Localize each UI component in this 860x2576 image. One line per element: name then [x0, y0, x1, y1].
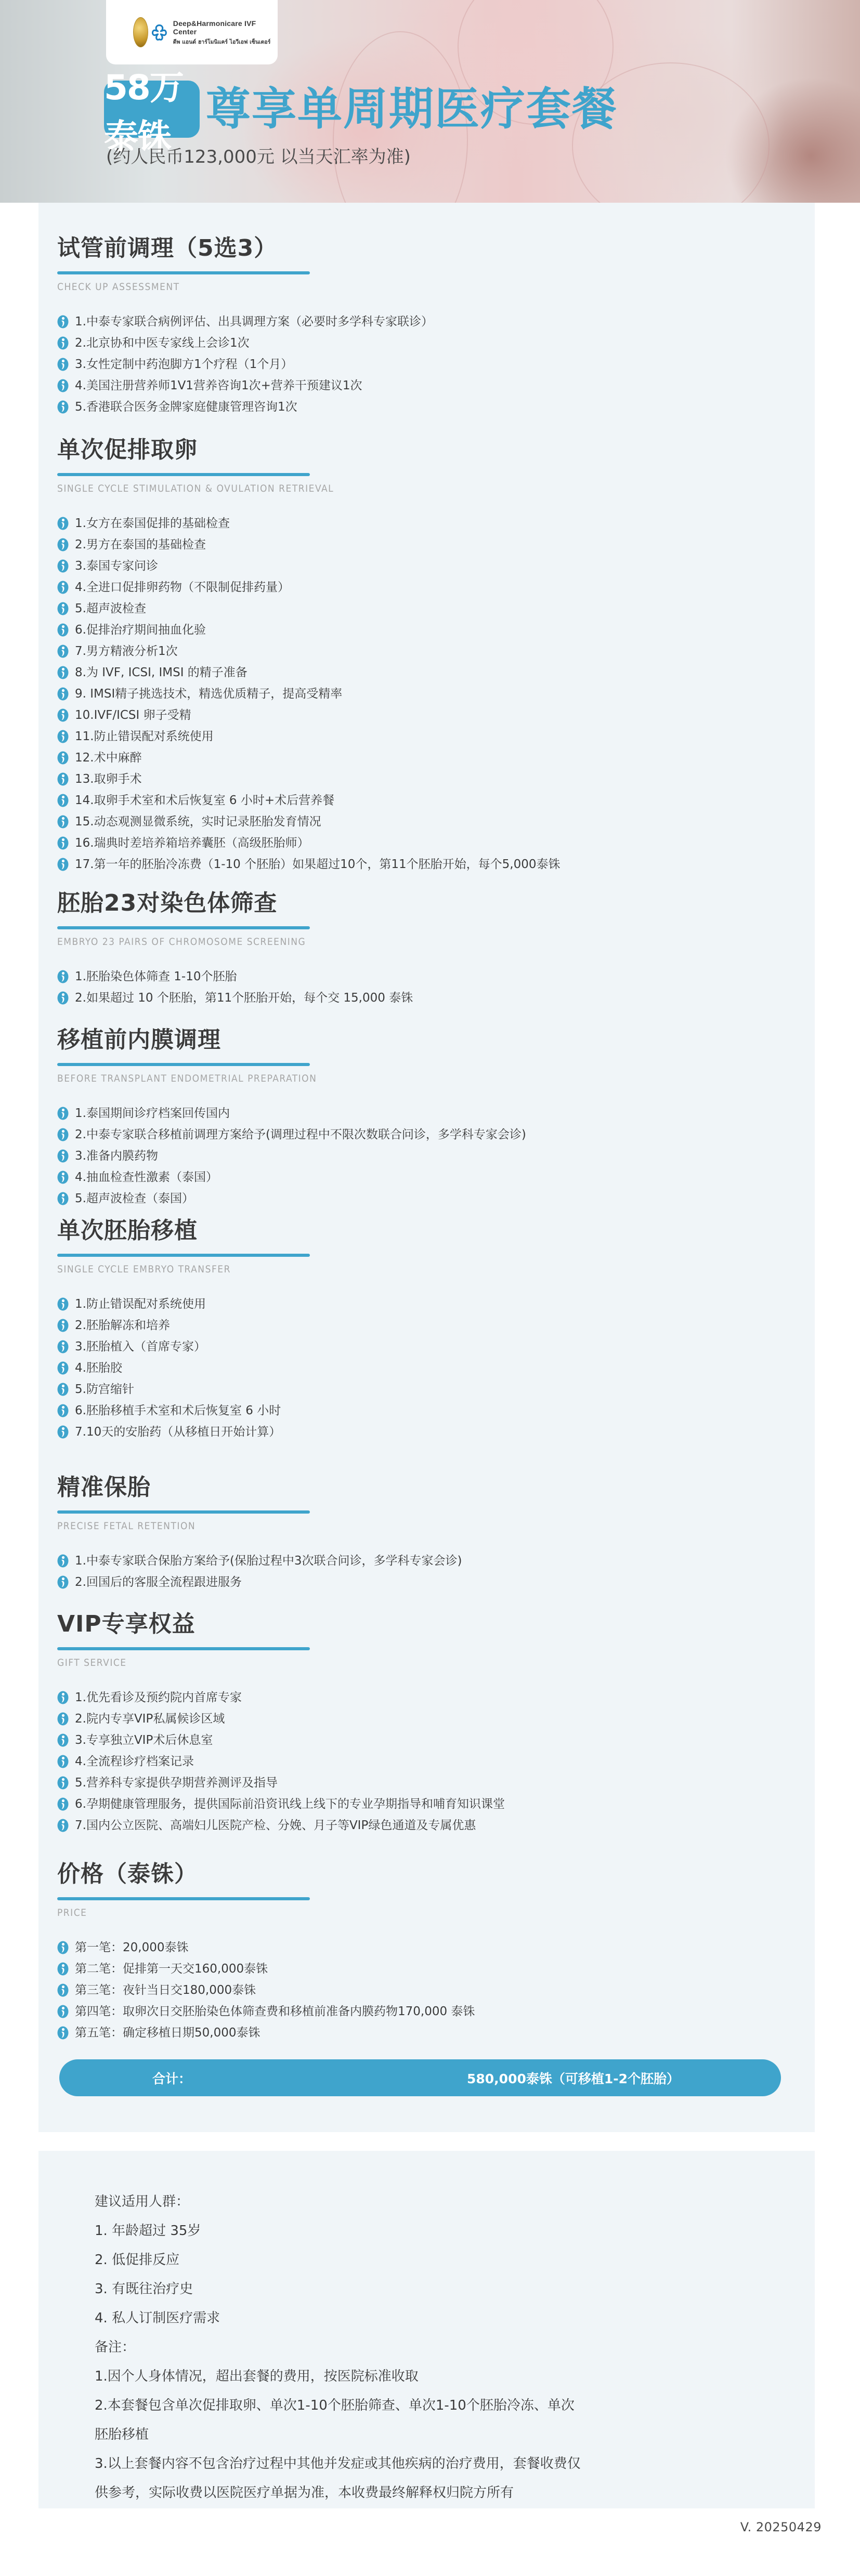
list-item: 1.中泰专家联合保胎方案给予(保胎过程中3次联合问诊，多学科专家会诊) [57, 1550, 754, 1571]
info-bullet-icon [57, 358, 69, 371]
info-bullet-icon [57, 1171, 69, 1184]
version-label: V. 20250429 [740, 2520, 822, 2534]
info-bullet-icon [57, 623, 69, 637]
list-item: 2.回国后的客服全流程跟进服务 [57, 1571, 754, 1593]
section-title: VIP专享权益 [57, 1611, 754, 1638]
info-bullet-icon [57, 1819, 69, 1832]
info-bullet-icon [57, 772, 69, 786]
list-item: 13.取卵手术 [57, 768, 754, 790]
list-item-text: 1.女方在泰国促排的基础检查 [75, 516, 230, 531]
list-item: 2.院内专享VIP私属候诊区域 [57, 1708, 754, 1729]
info-bullet-icon [57, 1192, 69, 1205]
note-line: 胚胎移植 [95, 2420, 581, 2449]
list-item-text: 1.中泰专家联合保胎方案给予(保胎过程中3次联合问诊，多学科专家会诊) [75, 1553, 462, 1569]
section-vip-benefits: VIP专享权益 GIFT SERVICE 1.优先看诊及预约院内首席专家 2.院… [57, 1611, 754, 1836]
info-bullet-icon [57, 1797, 69, 1811]
section-stimulation-retrieval: 单次促排取卵 SINGLE CYCLE STIMULATION & OVULAT… [57, 437, 754, 875]
info-bullet-icon [57, 379, 69, 392]
note-line: 2. 低促排反应 [95, 2245, 581, 2275]
list-item: 第三笔：夜针当日交180,000泰铢 [57, 1979, 754, 2001]
list-item-text: 3.准备内膜药物 [75, 1148, 158, 1164]
list-item: 2.中泰专家联合移植前调理方案给予(调理过程中不限次数联合问诊，多学科专家会诊) [57, 1124, 754, 1145]
list-item-text: 14.取卵手术室和术后恢复室 6 小时+术后营养餐 [75, 793, 334, 808]
list-item: 1.女方在泰国促排的基础检查 [57, 512, 754, 534]
list-item-text: 17.第一年的胚胎冷冻费（1-10 个胚胎）如果超过10个，第11个胚胎开始，每… [75, 857, 560, 872]
info-bullet-icon [57, 1107, 69, 1120]
list-item: 5.超声波检查 [57, 598, 754, 619]
logo-name-english: Deep&Harmonicare IVF Center [173, 19, 278, 36]
list-item-text: 11.防止错误配对系统使用 [75, 729, 214, 744]
section-subtitle: SINGLE CYCLE EMBRYO TRANSFER [57, 1263, 754, 1276]
list-item-text: 4.全流程诊疗档案记录 [75, 1754, 194, 1769]
item-list: 1.女方在泰国促排的基础检查 2.男方在泰国的基础检查 3.泰国专家问诊 4.全… [57, 512, 754, 875]
note-line: 4. 私人订制医疗需求 [95, 2304, 581, 2333]
list-item: 10.IVF/ICSI 卵子受精 [57, 704, 754, 726]
list-item-text: 1.泰国期间诊疗档案回传国内 [75, 1106, 230, 1121]
list-item-text: 9. IMSI精子挑选技术，精选优质精子，提高受精率 [75, 686, 342, 702]
info-bullet-icon [57, 815, 69, 829]
item-list: 1.胚胎染色体筛查 1-10个胚胎 2.如果超过 10 个胚胎，第11个胚胎开始… [57, 966, 754, 1008]
info-bullet-icon [57, 751, 69, 765]
info-bullet-icon [57, 794, 69, 807]
section-subtitle: SINGLE CYCLE STIMULATION & OVULATION RET… [57, 482, 754, 495]
list-item: 第五笔：确定移植日期50,000泰铢 [57, 2022, 754, 2043]
list-item-text: 2.北京协和中医专家线上会诊1次 [75, 335, 250, 351]
section-subtitle: EMBRYO 23 PAIRS OF CHROMOSOME SCREENING [57, 936, 754, 948]
list-item-text: 1.中泰专家联合病例评估、出具调理方案（必要时多学科专家联诊） [75, 314, 433, 330]
list-item: 第一笔：20,000泰铢 [57, 1937, 754, 1958]
list-item-text: 1.优先看诊及预约院内首席专家 [75, 1690, 242, 1705]
info-bullet-icon [57, 400, 69, 414]
info-bullet-icon [57, 602, 69, 615]
list-item-text: 第三笔：夜针当日交180,000泰铢 [75, 1982, 256, 1998]
list-item: 1.胚胎染色体筛查 1-10个胚胎 [57, 966, 754, 987]
info-bullet-icon [57, 645, 69, 658]
note-line: 建议适用人群： [95, 2187, 581, 2216]
list-item: 3.准备内膜药物 [57, 1145, 754, 1166]
info-bullet-icon [57, 666, 69, 679]
section-title: 单次胚胎移植 [57, 1217, 754, 1244]
list-item: 7.国内公立医院、高端妇儿医院产检、分娩、月子等VIP绿色通道及专属优惠 [57, 1815, 754, 1836]
list-item: 11.防止错误配对系统使用 [57, 726, 754, 747]
list-item-text: 5.防宫缩针 [75, 1382, 134, 1397]
note-line: 3.以上套餐内容不包含治疗过程中其他并发症或其他疾病的治疗费用，套餐收费仅 [95, 2449, 581, 2478]
list-item: 9. IMSI精子挑选技术，精选优质精子，提高受精率 [57, 683, 754, 704]
list-item-text: 5.超声波检查 [75, 601, 146, 616]
list-item: 5.超声波检查（泰国） [57, 1188, 754, 1209]
section-divider [57, 271, 310, 274]
section-subtitle: BEFORE TRANSPLANT ENDOMETRIAL PREPARATIO… [57, 1072, 754, 1085]
info-bullet-icon [57, 1941, 69, 1954]
section-subtitle: CHECK UP ASSESSMENT [57, 281, 754, 293]
list-item-text: 4.全进口促排卵药物（不限制促排药量） [75, 580, 290, 595]
info-bullet-icon [57, 2005, 69, 2018]
list-item: 3.胚胎植入（首席专家） [57, 1336, 754, 1357]
list-item: 4.全进口促排卵药物（不限制促排药量） [57, 576, 754, 598]
section-price: 价格（泰铢） PRICE 第一笔：20,000泰铢 第二笔：促排第一天交160,… [57, 1861, 754, 2043]
info-bullet-icon [57, 1575, 69, 1589]
section-title: 精准保胎 [57, 1474, 754, 1501]
list-item-text: 3.泰国专家问诊 [75, 558, 158, 574]
section-subtitle: PRICE [57, 1907, 754, 1919]
notes-list: 建议适用人群：1. 年龄超过 35岁2. 低促排反应3. 有既往治疗史4. 私人… [95, 2187, 581, 2507]
list-item: 1.中泰专家联合病例评估、出具调理方案（必要时多学科专家联诊） [57, 311, 754, 332]
list-item-text: 16.瑞典时差培养箱培养囊胚（高级胚胎师） [75, 835, 309, 851]
info-bullet-icon [57, 858, 69, 871]
info-bullet-icon [57, 1733, 69, 1747]
item-list: 1.中泰专家联合保胎方案给予(保胎过程中3次联合问诊，多学科专家会诊) 2.回国… [57, 1550, 754, 1593]
list-item: 4.胚胎胶 [57, 1357, 754, 1378]
section-chromosome-screening: 胚胎23对染色体筛查 EMBRYO 23 PAIRS OF CHROMOSOME… [57, 890, 754, 1008]
section-title: 移植前内膜调理 [57, 1027, 754, 1054]
note-line: 1. 年龄超过 35岁 [95, 2216, 581, 2245]
note-line: 备注： [95, 2333, 581, 2362]
note-line: 供参考，实际收费以医院医疗单据为准，本收费最终解释权归院方所有 [95, 2478, 581, 2507]
price-badge: 58万泰铢 [104, 81, 200, 138]
list-item-text: 2.中泰专家联合移植前调理方案给予(调理过程中不限次数联合问诊，多学科专家会诊) [75, 1127, 526, 1142]
list-item: 8.为 IVF, ICSI, IMSI 的精子准备 [57, 662, 754, 683]
info-bullet-icon [57, 1962, 69, 1976]
section-divider [57, 1510, 310, 1514]
section-title: 试管前调理（5选3） [57, 235, 754, 262]
info-bullet-icon [57, 1149, 69, 1163]
list-item: 4.美国注册营养师1V1营养咨询1次+营养干预建议1次 [57, 375, 754, 396]
info-bullet-icon [57, 315, 69, 328]
page-title: 尊享单周期医疗套餐 [206, 83, 618, 135]
info-bullet-icon [57, 1776, 69, 1790]
list-item-text: 4.胚胎胶 [75, 1360, 122, 1376]
info-bullet-icon [57, 2026, 69, 2040]
info-bullet-icon [57, 1425, 69, 1439]
section-subtitle: PRECISE FETAL RETENTION [57, 1520, 754, 1532]
info-bullet-icon [57, 991, 69, 1005]
list-item: 2.如果超过 10 个胚胎，第11个胚胎开始，每个交 15,000 泰铢 [57, 987, 754, 1008]
list-item-text: 2.院内专享VIP私属候诊区域 [75, 1711, 225, 1727]
logo-name-thai: ดีพ แอนด์ ฮาร์โมนิแคร์ ไอวีเอฟ เซ็นเตอร์ [173, 39, 278, 45]
list-item-text: 5.香港联合医务金牌家庭健康管理咨询1次 [75, 399, 297, 415]
list-item-text: 2.男方在泰国的基础检查 [75, 537, 206, 553]
list-item-text: 6.孕期健康管理服务，提供国际前沿资讯线上线下的专业孕期指导和哺育知识课堂 [75, 1796, 505, 1812]
info-bullet-icon [57, 1361, 69, 1375]
info-bullet-icon [57, 1340, 69, 1353]
info-bullet-icon [57, 1404, 69, 1417]
section-embryo-transfer: 单次胚胎移植 SINGLE CYCLE EMBRYO TRANSFER 1.防止… [57, 1217, 754, 1442]
section-checkup-assessment: 试管前调理（5选3） CHECK UP ASSESSMENT 1.中泰专家联合病… [57, 235, 754, 417]
section-divider [57, 926, 310, 929]
section-divider [57, 1647, 310, 1650]
list-item: 6.促排治疗期间抽血化验 [57, 619, 754, 640]
list-item: 12.术中麻醉 [57, 747, 754, 768]
list-item-text: 12.术中麻醉 [75, 750, 142, 766]
list-item-text: 3.专享独立VIP术后休息室 [75, 1732, 213, 1748]
list-item-text: 4.抽血检查性激素（泰国） [75, 1169, 218, 1185]
item-list: 1.中泰专家联合病例评估、出具调理方案（必要时多学科专家联诊） 2.北京协和中医… [57, 311, 754, 417]
section-endometrial-preparation: 移植前内膜调理 BEFORE TRANSPLANT ENDOMETRIAL PR… [57, 1027, 754, 1209]
list-item-text: 3.女性定制中药泡脚方1个疗程（1个月） [75, 357, 293, 372]
info-bullet-icon [57, 687, 69, 701]
item-list: 第一笔：20,000泰铢 第二笔：促排第一天交160,000泰铢 第三笔：夜针当… [57, 1937, 754, 2043]
list-item: 2.胚胎解冻和培养 [57, 1315, 754, 1336]
list-item-text: 7.10天的安胎药（从移植日开始计算） [75, 1424, 281, 1440]
list-item-text: 5.营养科专家提供孕期营养测评及指导 [75, 1775, 278, 1791]
info-bullet-icon [57, 1554, 69, 1568]
info-bullet-icon [57, 1383, 69, 1396]
list-item: 3.专享独立VIP术后休息室 [57, 1729, 754, 1751]
note-line: 1.因个人身体情况，超出套餐的费用，按医院标准收取 [95, 2362, 581, 2391]
list-item-text: 第二笔：促排第一天交160,000泰铢 [75, 1961, 268, 1977]
list-item-text: 3.胚胎植入（首席专家） [75, 1339, 206, 1355]
info-bullet-icon [57, 336, 69, 350]
note-line: 3. 有既往治疗史 [95, 2275, 581, 2304]
info-bullet-icon [57, 836, 69, 850]
section-divider [57, 473, 310, 476]
list-item-text: 10.IVF/ICSI 卵子受精 [75, 707, 191, 723]
item-list: 1.泰国期间诊疗档案回传国内 2.中泰专家联合移植前调理方案给予(调理过程中不限… [57, 1102, 754, 1209]
list-item: 3.女性定制中药泡脚方1个疗程（1个月） [57, 353, 754, 375]
list-item: 7.10天的安胎药（从移植日开始计算） [57, 1421, 754, 1442]
info-bullet-icon [57, 1319, 69, 1332]
info-bullet-icon [57, 1983, 69, 1997]
logo: Deep&Harmonicare IVF Center ดีพ แอนด์ ฮา… [106, 0, 278, 64]
item-list: 1.防止错误配对系统使用 2.胚胎解冻和培养 3.胚胎植入（首席专家） 4.胚胎… [57, 1293, 754, 1442]
list-item: 4.全流程诊疗档案记录 [57, 1751, 754, 1772]
info-bullet-icon [57, 538, 69, 551]
section-title: 胚胎23对染色体筛查 [57, 890, 754, 917]
section-title: 价格（泰铢） [57, 1861, 754, 1888]
list-item-text: 7.男方精液分析1次 [75, 643, 178, 659]
info-bullet-icon [57, 708, 69, 722]
list-item-text: 2.胚胎解冻和培养 [75, 1318, 170, 1333]
list-item: 2.男方在泰国的基础检查 [57, 534, 754, 555]
list-item: 1.防止错误配对系统使用 [57, 1293, 754, 1315]
list-item: 1.泰国期间诊疗档案回传国内 [57, 1102, 754, 1124]
section-divider [57, 1254, 310, 1257]
list-item: 15.动态观测显微系统，实时记录胚胎发育情况 [57, 811, 754, 832]
list-item: 7.男方精液分析1次 [57, 640, 754, 662]
info-bullet-icon [57, 559, 69, 573]
list-item-text: 4.美国注册营养师1V1营养咨询1次+营养干预建议1次 [75, 378, 362, 393]
list-item: 16.瑞典时差培养箱培养囊胚（高级胚胎师） [57, 832, 754, 853]
info-bullet-icon [57, 730, 69, 743]
list-item: 5.营养科专家提供孕期营养测评及指导 [57, 1772, 754, 1793]
list-item-text: 第五笔：确定移植日期50,000泰铢 [75, 2025, 260, 2041]
list-item: 1.优先看诊及预约院内首席专家 [57, 1687, 754, 1708]
total-label: 合计： [152, 2069, 191, 2087]
list-item: 14.取卵手术室和术后恢复室 6 小时+术后营养餐 [57, 790, 754, 811]
note-line: 2.本套餐包含单次促排取卵、单次1-10个胚胎筛查、单次1-10个胚胎冷冻、单次 [95, 2391, 581, 2420]
list-item: 3.泰国专家问诊 [57, 555, 754, 576]
total-price-bar: 合计： 580,000泰铢（可移植1-2个胚胎） [59, 2059, 781, 2096]
info-bullet-icon [57, 1297, 69, 1311]
list-item-text: 6.胚胎移植手术室和术后恢复室 6 小时 [75, 1403, 281, 1418]
list-item-text: 6.促排治疗期间抽血化验 [75, 622, 206, 638]
info-bullet-icon [57, 581, 69, 594]
section-divider [57, 1897, 310, 1900]
info-bullet-icon [57, 1691, 69, 1704]
info-bullet-icon [57, 517, 69, 530]
list-item-text: 1.防止错误配对系统使用 [75, 1296, 206, 1312]
list-item-text: 13.取卵手术 [75, 771, 142, 787]
list-item: 4.抽血检查性激素（泰国） [57, 1166, 754, 1188]
hero-banner: Deep&Harmonicare IVF Center ดีพ แอนด์ ฮา… [0, 0, 860, 203]
list-item: 5.防宫缩针 [57, 1378, 754, 1400]
list-item: 6.孕期健康管理服务，提供国际前沿资讯线上线下的专业孕期指导和哺育知识课堂 [57, 1793, 754, 1815]
info-bullet-icon [57, 1712, 69, 1726]
list-item-text: 7.国内公立医院、高端妇儿医院产检、分娩、月子等VIP绿色通道及专属优惠 [75, 1818, 476, 1833]
list-item: 5.香港联合医务金牌家庭健康管理咨询1次 [57, 396, 754, 417]
list-item: 17.第一年的胚胎冷冻费（1-10 个胚胎）如果超过10个，第11个胚胎开始，每… [57, 853, 754, 875]
list-item-text: 2.回国后的客服全流程跟进服务 [75, 1574, 242, 1590]
section-fetal-retention: 精准保胎 PRECISE FETAL RETENTION 1.中泰专家联合保胎方… [57, 1474, 754, 1593]
list-item-text: 第一笔：20,000泰铢 [75, 1940, 188, 1955]
section-title: 单次促排取卵 [57, 437, 754, 464]
item-list: 1.优先看诊及预约院内首席专家 2.院内专享VIP私属候诊区域 3.专享独立VI… [57, 1687, 754, 1836]
list-item-text: 2.如果超过 10 个胚胎，第11个胚胎开始，每个交 15,000 泰铢 [75, 990, 413, 1006]
accreditation-seal-icon [133, 17, 148, 47]
list-item-text: 8.为 IVF, ICSI, IMSI 的精子准备 [75, 665, 247, 680]
total-value: 580,000泰铢（可移植1-2个胚胎） [467, 2069, 680, 2087]
section-divider [57, 1063, 310, 1066]
info-bullet-icon [57, 1755, 69, 1768]
list-item-text: 5.超声波检查（泰国） [75, 1191, 194, 1206]
list-item: 6.胚胎移植手术室和术后恢复室 6 小时 [57, 1400, 754, 1421]
exchange-rate-note: (约人民币123,000元 以当天汇率为准) [106, 147, 411, 167]
list-item: 第二笔：促排第一天交160,000泰铢 [57, 1958, 754, 1979]
list-item: 2.北京协和中医专家线上会诊1次 [57, 332, 754, 353]
list-item: 第四笔：取卵次日交胚胎染色体筛查费和移植前准备内膜药物170,000 泰铢 [57, 2001, 754, 2022]
info-bullet-icon [57, 970, 69, 983]
info-bullet-icon [57, 1128, 69, 1141]
clover-logo-icon [152, 19, 167, 46]
list-item-text: 15.动态观测显微系统，实时记录胚胎发育情况 [75, 814, 321, 830]
list-item-text: 1.胚胎染色体筛查 1-10个胚胎 [75, 969, 237, 984]
section-subtitle: GIFT SERVICE [57, 1657, 754, 1669]
list-item-text: 第四笔：取卵次日交胚胎染色体筛查费和移植前准备内膜药物170,000 泰铢 [75, 2004, 475, 2019]
